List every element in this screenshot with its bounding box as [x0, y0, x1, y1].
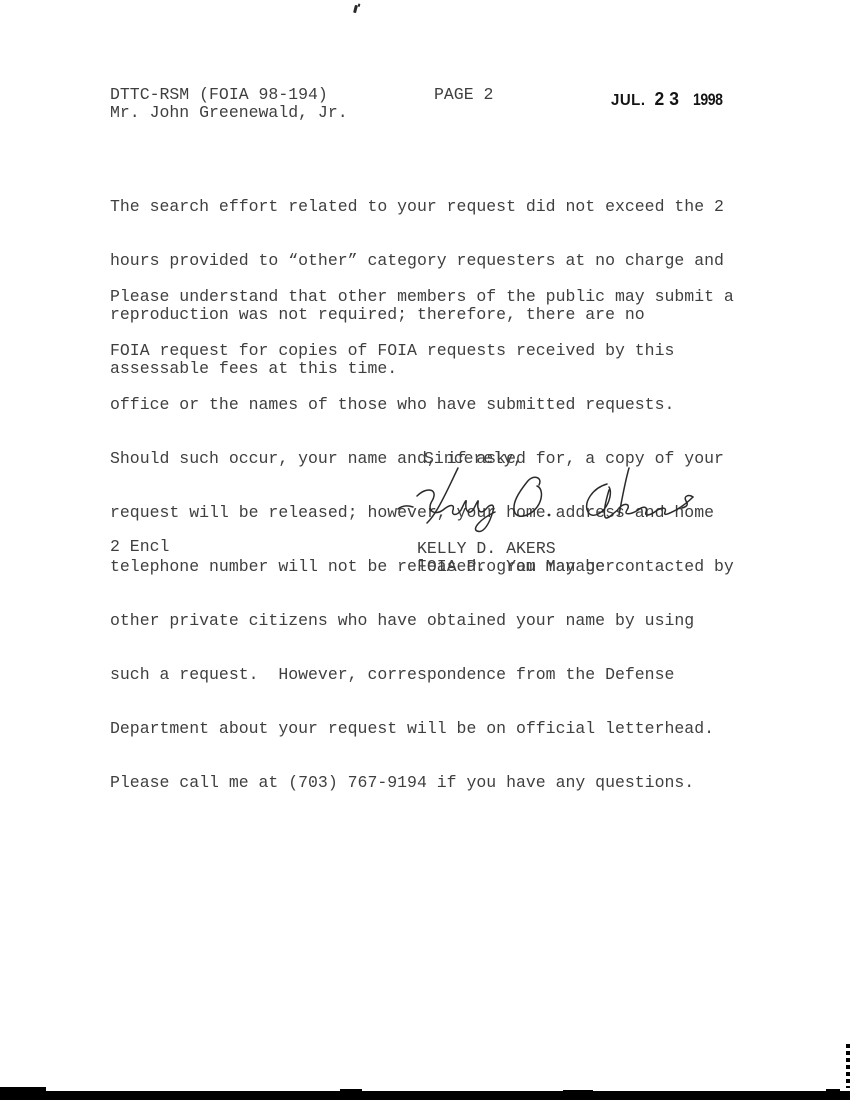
handwritten-signature: [396, 460, 696, 540]
scan-edge-dashes: [846, 1044, 850, 1088]
stamp-year: 1998: [693, 92, 723, 111]
signature-stroke: [514, 477, 542, 516]
scan-bottom-bar: [0, 1091, 850, 1100]
stamp-day: 23: [655, 89, 684, 111]
scan-bottom-bump: [826, 1089, 840, 1100]
received-date-stamp: JUL. 23 1998: [611, 89, 727, 111]
paragraph-line: FOIA request for copies of FOIA requests…: [110, 342, 734, 360]
paragraph-line: such a request. However, correspondence …: [110, 666, 734, 684]
scan-bottom-bump: [563, 1090, 593, 1100]
stamp-month: JUL.: [611, 92, 646, 110]
paragraph-line: Department about your request will be on…: [110, 720, 734, 738]
paragraph-line: The search effort related to your reques…: [110, 198, 724, 216]
paragraph-line: Please understand that other members of …: [110, 288, 734, 306]
page-number-label: PAGE 2: [434, 86, 493, 104]
signature-stroke: [417, 490, 495, 531]
paragraph-line: office or the names of those who have su…: [110, 396, 734, 414]
scan-speck-artifact: [353, 5, 358, 13]
signer-name: KELLY D. AKERS: [417, 540, 556, 558]
paragraph-line: other private citizens who have obtained…: [110, 612, 734, 630]
scanned-letter-page: DTTC-RSM (FOIA 98-194) PAGE 2 JUL. 23 19…: [0, 0, 850, 1100]
addressee-line: Mr. John Greenewald, Jr.: [110, 104, 348, 122]
enclosure-note: 2 Encl: [110, 538, 169, 556]
paragraph-line: Please call me at (703) 767-9194 if you …: [110, 774, 734, 792]
signature-stroke: [587, 484, 618, 518]
signature-stroke: [398, 506, 413, 509]
signature-stroke: [619, 468, 638, 515]
scan-bottom-bump: [340, 1089, 362, 1100]
signature-dot: [548, 514, 551, 517]
office-symbol: DTTC-RSM (FOIA 98-194): [110, 86, 328, 104]
signer-title: FOIA Program Manager: [417, 558, 615, 576]
scan-bottom-bar-left: [0, 1087, 46, 1100]
